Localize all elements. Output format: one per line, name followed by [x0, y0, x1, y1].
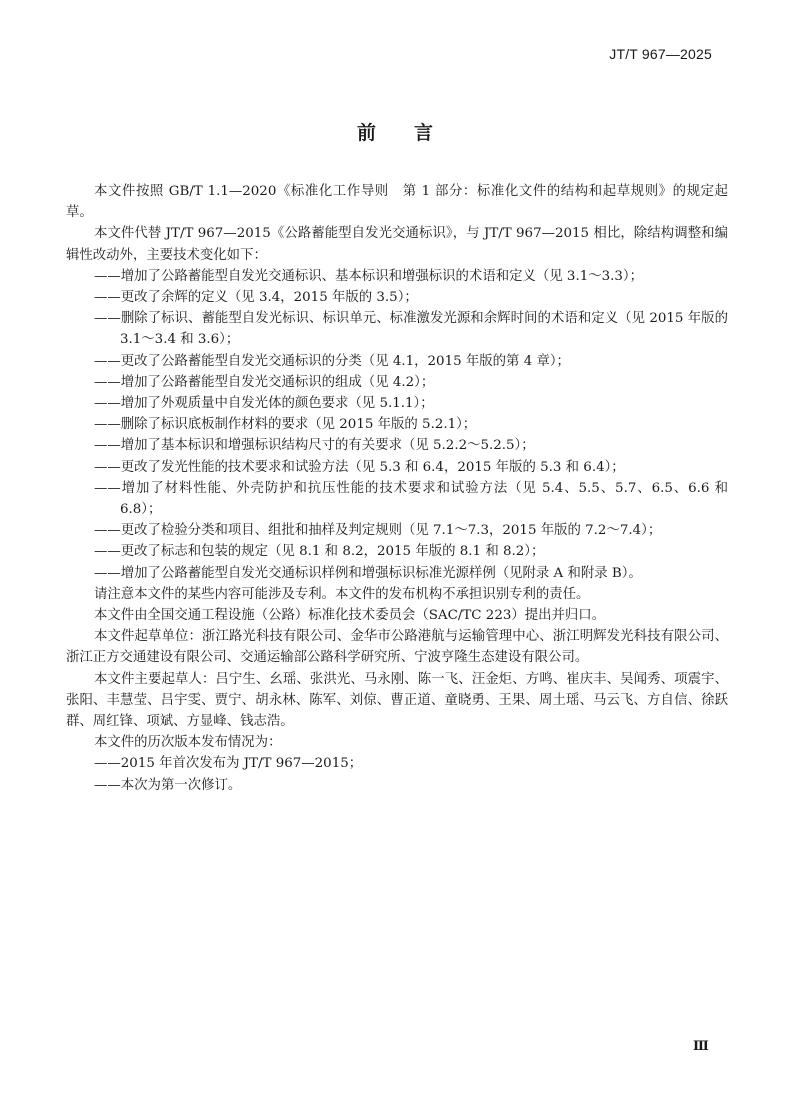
history-item: ——本次为第一次修订。 [66, 775, 728, 796]
change-item: ——增加了外观质量中自发光体的颜色要求（见 5.1.1）； [66, 393, 728, 414]
paragraph-drafters: 本文件主要起草人：吕宁生、幺瑶、张洪光、马永刚、陈一飞、汪金炬、方鸣、崔庆丰、吴… [66, 669, 728, 733]
paragraph-history-intro: 本文件的历次版本发布情况为： [66, 732, 728, 753]
change-item: ——增加了公路蓄能型自发光交通标识、基本标识和增强标识的术语和定义（见 3.1～… [66, 266, 728, 287]
change-item: ——更改了发光性能的技术要求和试验方法（见 5.3 和 6.4，2015 年版的… [66, 457, 728, 478]
standard-code: JT/T 967—2025 [609, 46, 712, 62]
history-item: ——2015 年首次发布为 JT/T 967—2015； [66, 753, 728, 774]
change-item: ——删除了标识底板制作材料的要求（见 2015 年版的 5.2.1）； [66, 414, 728, 435]
foreword-body: 本文件按照 GB/T 1.1—2020《标准化工作导则 第 1 部分：标准化文件… [66, 181, 728, 796]
change-item: ——更改了检验分类和项目、组批和抽样及判定规则（见 7.1～7.3，2015 年… [66, 520, 728, 541]
paragraph-replacement: 本文件代替 JT/T 967—2015《公路蓄能型自发光交通标识》，与 JT/T… [66, 223, 728, 265]
page-number: Ⅲ [693, 1039, 708, 1054]
title-char-2: 言 [414, 118, 433, 145]
page-title: 前言 [0, 118, 790, 145]
paragraph-drafting-units: 本文件起草单位：浙江路光科技有限公司、金华市公路港航与运输管理中心、浙江明辉发光… [66, 626, 728, 668]
paragraph-patent-notice: 请注意本文件的某些内容可能涉及专利。本文件的发布机构不承担识别专利的责任。 [66, 584, 728, 605]
paragraph-drafting-basis: 本文件按照 GB/T 1.1—2020《标准化工作导则 第 1 部分：标准化文件… [66, 181, 728, 223]
change-item: ——增加了公路蓄能型自发光交通标识的组成（见 4.2）； [66, 372, 728, 393]
change-item: ——更改了余辉的定义（见 3.4，2015 年版的 3.5）； [66, 287, 728, 308]
title-char-1: 前 [357, 118, 376, 145]
change-item: ——增加了材料性能、外壳防护和抗压性能的技术要求和试验方法（见 5.4、5.5、… [66, 478, 728, 520]
change-item: ——删除了标识、蓄能型自发光标识、标识单元、标准激发光源和余辉时间的术语和定义（… [66, 308, 728, 350]
change-item: ——增加了公路蓄能型自发光交通标识样例和增强标识标准光源样例（见附录 A 和附录… [66, 563, 728, 584]
change-item: ——更改了标志和包装的规定（见 8.1 和 8.2，2015 年版的 8.1 和… [66, 541, 728, 562]
change-item: ——增加了基本标识和增强标识结构尺寸的有关要求（见 5.2.2～5.2.5）； [66, 435, 728, 456]
paragraph-proposer: 本文件由全国交通工程设施（公路）标准化技术委员会（SAC/TC 223）提出并归… [66, 605, 728, 626]
change-item: ——更改了公路蓄能型自发光交通标识的分类（见 4.1，2015 年版的第 4 章… [66, 351, 728, 372]
